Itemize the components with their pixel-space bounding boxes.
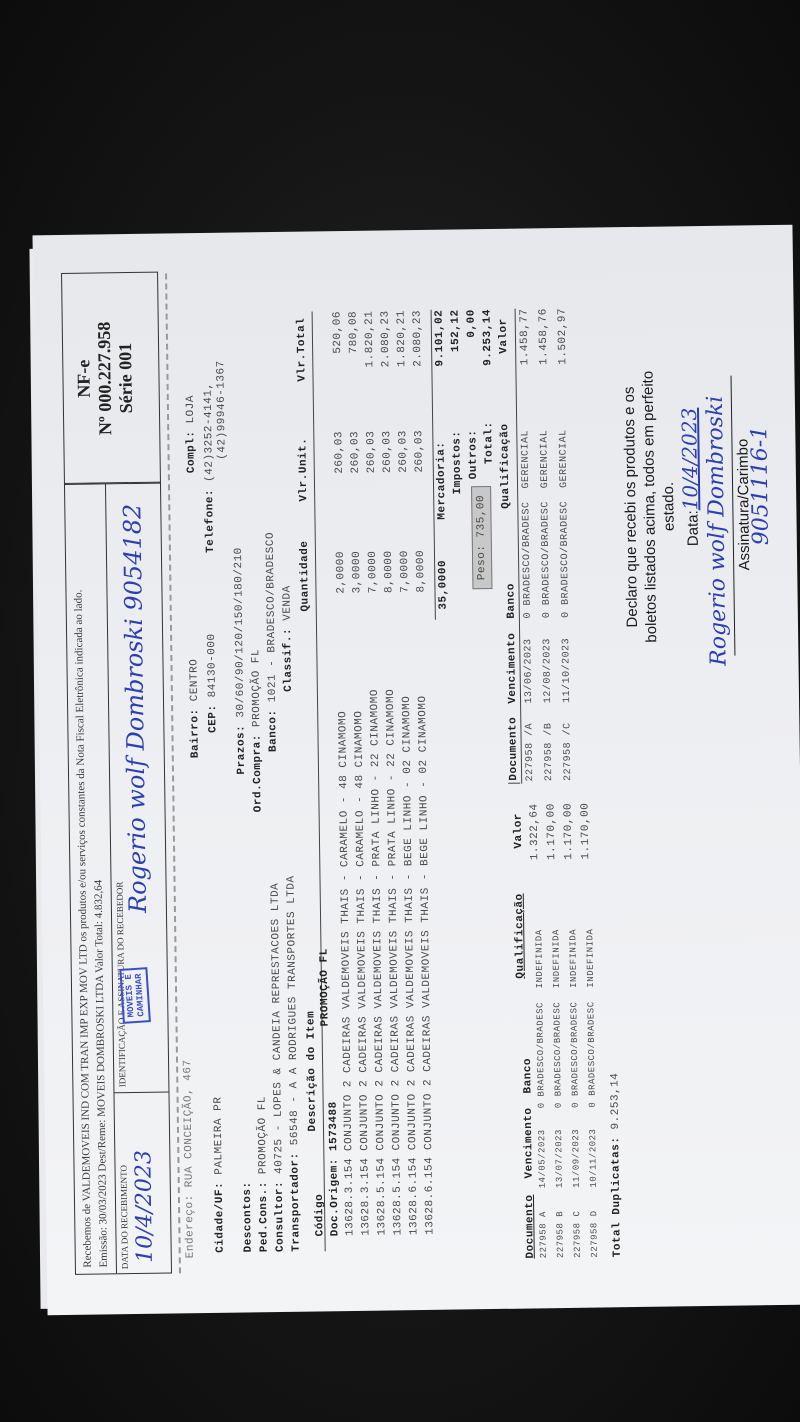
item-codigo: 13628.6.154: [407, 1157, 420, 1235]
dup-banco: 0 BRADESCO/BRADESC: [569, 1002, 580, 1108]
dup-valor: 1.322,64: [528, 803, 541, 878]
header-vlr-total: Vlr.Total: [296, 318, 309, 382]
dup-valor: 1.502,97: [557, 308, 570, 383]
dup-qualificacao: GERENCIAL: [558, 429, 570, 488]
customer-address: Endereço: RUA CONCEIÇÃO, 467: [182, 1059, 197, 1258]
outros-label: Outros:: [467, 429, 480, 479]
dup-banco: 0 BRADESCO/BRADESC: [540, 501, 553, 618]
item-vlr-total: 780,08: [348, 311, 361, 391]
dup-documento: 227958 /A: [524, 723, 536, 782]
dup-qualificacao: INDEFINIDA: [568, 929, 579, 988]
compl-value: LOJA: [185, 395, 197, 424]
header-quantidade: Quantidade: [299, 540, 312, 611]
total-value: 9.253,14: [482, 309, 495, 374]
banco-value: 1021 - BRADESCO/BRADESCO: [265, 532, 279, 703]
telefone-label: Telefone:: [204, 489, 217, 553]
dup-qualificacao: INDEFINIDA: [551, 929, 562, 988]
company-stamp: MOVEIS E CAMINHAR: [119, 967, 151, 1024]
dup-valor: 1.458,76: [538, 308, 551, 383]
item-quantidade: 3,0000: [351, 551, 364, 611]
dup-vencimento: 13/06/2023: [523, 638, 535, 703]
total-label: Total:: [483, 421, 496, 464]
declaration-date-label: Data:: [684, 510, 701, 546]
nfe-number-box: NF-e Nº 000.227.958 Série 001: [61, 272, 161, 485]
cidade-label: Cidade/UF:: [214, 1182, 227, 1253]
item-quantidade: 8,0000: [415, 550, 428, 610]
dup-right-header-vencimento: Vencimento: [506, 633, 519, 704]
nfe-series: Série 001: [114, 273, 138, 483]
ordcompra-value: PROMOÇÃO FL: [250, 649, 263, 727]
dup-vencimento: 10/11/2023: [588, 1129, 599, 1188]
declaration-date-handwritten: 10/4/2023: [677, 408, 702, 511]
prazos-label: Prazos:: [235, 725, 248, 775]
item-vlr-total: 2.080,23: [412, 310, 425, 390]
item-descricao: CONJUNTO 2 CADEIRAS VALDEMOVEIS THAIS - …: [385, 689, 403, 1151]
consultor-value: 40725 - LOPES & CANDEIA REPRESTACOES LTD…: [270, 883, 286, 1174]
mercadoria-label: Mercadoria:: [435, 441, 448, 519]
item-quantidade: 7,0000: [399, 550, 412, 610]
classif-value: VENDA: [281, 585, 293, 621]
dup-left-header-documento: Documento: [524, 1195, 537, 1259]
transportador-value: 56548 - A A RODRIGUES TRANSPORTES LTDA: [285, 875, 301, 1145]
cidade-value: PALMEIRA PR: [213, 1097, 226, 1175]
dup-qualificacao: GERENCIAL: [539, 430, 551, 489]
dup-banco: 0 BRADESCO/BRADESC: [535, 1002, 546, 1108]
consultor-label: Consultor:: [274, 1181, 287, 1252]
item-vlr-unit: 260,03: [381, 430, 394, 500]
cep-value: 84130-000: [206, 633, 219, 697]
dup-qualificacao: INDEFINIDA: [585, 929, 596, 988]
classif-label: Classif.:: [282, 628, 295, 692]
dup-banco: 0 BRADESCO/BRADESC: [552, 1002, 563, 1108]
peso-box: Peso: 735,00: [471, 486, 492, 589]
item-vlr-unit: 260,03: [365, 431, 378, 501]
item-descricao: CONJUNTO 2 CADEIRAS VALDEMOVEIS THAIS - …: [353, 710, 371, 1150]
item-vlr-total: 1.820,21: [396, 310, 409, 390]
declaration-block: Declaro que recebi os produtos e os bole…: [619, 346, 680, 667]
dup-qualificacao: INDEFINIDA: [534, 929, 545, 988]
header-descricao: Descrição do Item: [305, 1011, 319, 1132]
item-vlr-unit: 260,03: [413, 430, 426, 500]
promo-label: PROMOÇÃO FL: [318, 948, 331, 1026]
compl-label: Compl:: [185, 430, 198, 473]
receipt-date-cell: DATA DO RECEBIMENTO 10/4/2023: [114, 1092, 171, 1274]
item-codigo: 13628.5.154: [391, 1157, 404, 1235]
dup-qualificacao: GERENCIAL: [520, 430, 532, 489]
dup-documento: 227958 C: [572, 1211, 583, 1258]
dup-left-header-banco: Banco: [522, 1058, 534, 1094]
item-descricao: CONJUNTO 2 CADEIRAS VALDEMOVEIS THAIS - …: [417, 695, 435, 1150]
dup-valor: 1.170,00: [562, 803, 575, 878]
telefone-2: (42)99946-1367: [215, 360, 228, 460]
item-vlr-unit: 260,03: [333, 431, 346, 501]
declaration-signature: Rogerio wolf Dombroski: [703, 395, 732, 666]
dup-valor: 1.170,00: [545, 803, 558, 878]
dup-right-header-valor: Valor: [498, 318, 510, 354]
mercadoria-value: 9.101,02: [434, 310, 447, 375]
item-quantidade: 8,0000: [383, 550, 396, 610]
banco-label: Banco:: [267, 709, 280, 752]
item-quantidade: 2,0000: [335, 551, 348, 611]
outros-value: 0,00: [466, 309, 479, 374]
item-codigo: 13628.5.154: [375, 1157, 388, 1235]
transportador-label: Transportador:: [289, 1152, 302, 1252]
dup-banco: 0 BRADESCO/BRADESC: [559, 501, 572, 618]
dup-vencimento: 11/09/2023: [571, 1129, 582, 1188]
stamp-line-2: CAMINHAR: [134, 973, 147, 1017]
item-codigo: 13628.3.154: [359, 1158, 372, 1236]
dup-right-header-documento: Documento: [507, 717, 520, 784]
header-vlr-unit: Vlr.Unit.: [297, 438, 310, 502]
dup-documento: 227958 A: [538, 1211, 549, 1258]
item-descricao: CONJUNTO 2 CADEIRAS VALDEMOVEIS THAIS - …: [401, 696, 419, 1151]
item-vlr-total: 1.820,21: [364, 311, 377, 391]
dup-right-header-qualificacao: Qualificação: [499, 423, 512, 508]
dup-left-header-valor: Valor: [513, 813, 525, 849]
item-vlr-total: 520,06: [332, 311, 345, 391]
dup-left-header-qualificacao: Qualificação: [514, 893, 527, 978]
dup-banco: 0 BRADESCO/BRADESC: [586, 1001, 597, 1107]
dup-vencimento: 12/08/2023: [542, 638, 554, 703]
bairro-label: Bairro:: [189, 708, 202, 758]
total-duplicatas-label: Total Duplicatas:: [610, 1136, 624, 1257]
dup-right-header-banco: Banco: [505, 583, 517, 619]
pedcons-label: Ped.Cons.:: [258, 1181, 271, 1252]
total-duplicatas-value: 9.253,14: [609, 1073, 622, 1130]
dup-vencimento: 11/10/2023: [561, 638, 573, 703]
telefone-1: (42)3252-4141,: [203, 382, 216, 482]
prazos-value: 30/60/90/120/150/180/210: [233, 547, 247, 718]
bairro-value: CENTRO: [188, 659, 201, 702]
impostos-value: 152,12: [450, 309, 463, 374]
dup-documento: 227958 B: [555, 1211, 566, 1258]
doc-origem-value: 1573488: [328, 1101, 341, 1151]
dup-banco: 0 BRADESCO/BRADESC: [521, 501, 534, 618]
item-quantidade: 7,0000: [367, 551, 380, 611]
item-descricao: CONJUNTO 2 CADEIRAS VALDEMOVEIS THAIS - …: [337, 711, 355, 1151]
dup-left-header-vencimento: Vencimento: [523, 1107, 536, 1178]
dup-vencimento: 13/07/2023: [554, 1129, 565, 1188]
impostos-label: Impostos:: [451, 430, 464, 494]
item-vlr-total: 2.080,23: [380, 310, 393, 390]
nfe-number: Nº 000.227.958: [93, 273, 117, 483]
nfe-title: NF-e: [72, 274, 96, 484]
stub-emission-text: Emissão: 30/03/2023 Dest/Reme: MOVEIS DO…: [93, 880, 110, 1268]
dup-documento: 227958 D: [589, 1210, 600, 1257]
dup-documento: 227958 /C: [562, 722, 574, 781]
receiver-signature: Rogerio wolf Dombroski 9054182: [118, 504, 152, 914]
ordcompra-label: Ord.Compra:: [251, 734, 264, 812]
pedcons-value: PROMOÇÃO FL: [257, 1096, 270, 1174]
item-vlr-unit: 260,03: [349, 431, 362, 501]
total-quantity: 35,0000: [437, 560, 450, 610]
dup-valor: 1.458,77: [519, 308, 532, 383]
receipt-date-handwritten: 10/4/2023: [131, 1150, 158, 1263]
receipt-stub: Recebemos de VALDEMOVEIS IND COM TRAN IM…: [64, 482, 172, 1275]
doc-origem-label: Doc.Origem:: [328, 1158, 341, 1236]
receipt-date-label: DATA DO RECEBIMENTO: [118, 1165, 129, 1269]
dup-vencimento: 14/05/2023: [537, 1129, 548, 1188]
item-codigo: 13628.6.154: [423, 1157, 436, 1235]
item-codigo: 13628.3.154: [343, 1158, 356, 1236]
item-vlr-unit: 260,03: [397, 430, 410, 500]
dup-valor: 1.170,00: [579, 803, 592, 878]
cep-label: CEP:: [207, 704, 219, 733]
nfe-document: Recebemos de VALDEMOVEIS IND COM TRAN IM…: [32, 225, 800, 1316]
handwritten-id-number: 9051116-1: [747, 426, 774, 546]
item-descricao: CONJUNTO 2 CADEIRAS VALDEMOVEIS THAIS - …: [369, 689, 387, 1151]
dup-documento: 227958 /B: [543, 723, 555, 782]
descontos-label: Descontos:: [242, 1181, 255, 1252]
stub-receipt-text: Recebemos de VALDEMOVEIS IND COM TRAN IM…: [72, 590, 93, 1268]
